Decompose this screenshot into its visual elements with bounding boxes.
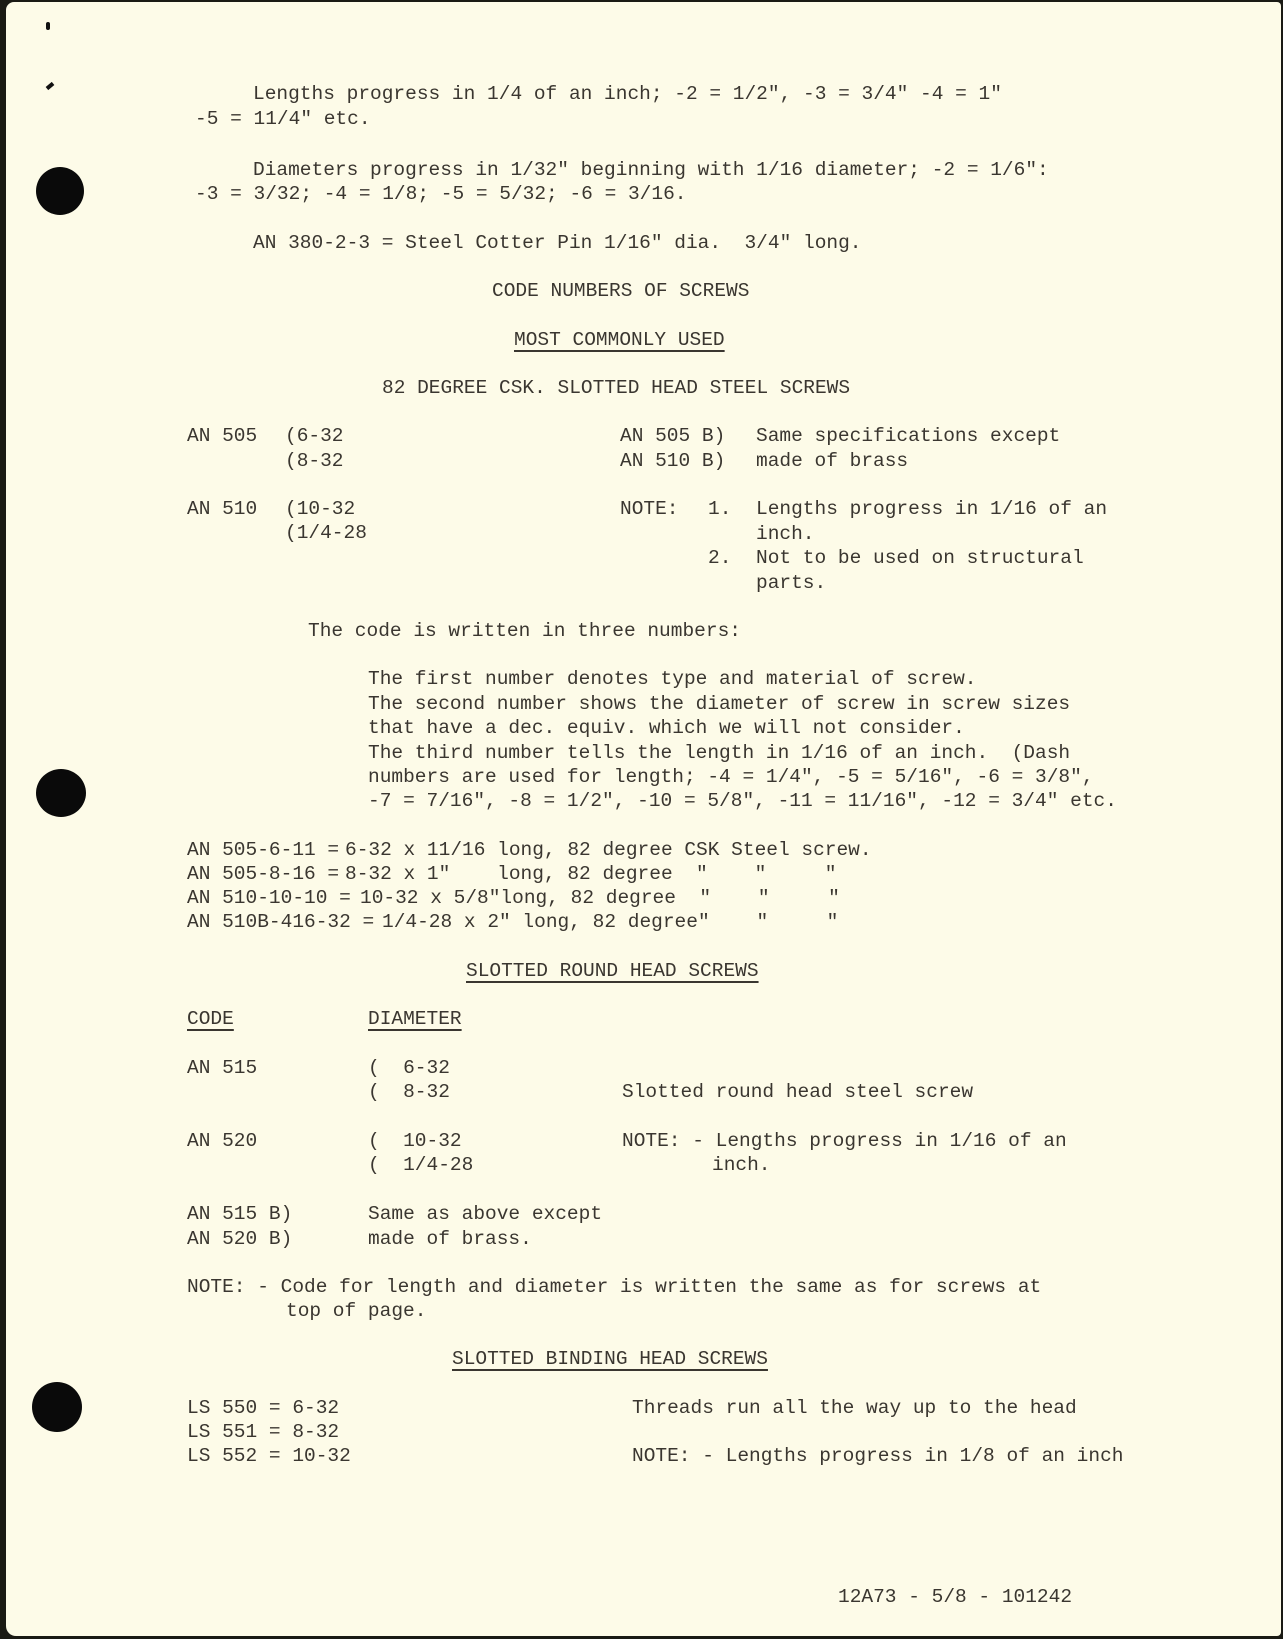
note-num: 1.: [708, 500, 731, 520]
size: (1/4-28: [285, 524, 367, 544]
binder-hole: [36, 769, 86, 817]
code-intro: The code is written in three numbers:: [308, 622, 741, 642]
example-desc: 10-32 x 5/8"long, 82 degree " " ": [360, 889, 840, 909]
diameters-progress-line1: Diameters progress in 1/32" beginning wi…: [253, 161, 1049, 181]
page-subtitle: MOST COMMONLY USED: [514, 331, 725, 351]
binding-description: Threads run all the way up to the head: [632, 1399, 1077, 1419]
general-note: top of page.: [286, 1302, 426, 1322]
code-an505: AN 505: [187, 427, 257, 447]
binder-hole: [36, 167, 84, 215]
round-size: ( 6-32: [368, 1059, 450, 1079]
example-desc: 8-32 x 1" long, 82 degree " " ": [345, 865, 836, 885]
diameters-progress-line2: -3 = 3/32; -4 = 1/8; -5 = 5/32; -6 = 3/1…: [195, 185, 686, 205]
round-code: AN 520: [187, 1132, 257, 1152]
example-desc: 1/4-28 x 2" long, 82 degree" " ": [382, 913, 838, 933]
round-size: ( 10-32: [368, 1132, 462, 1152]
size: (8-32: [285, 452, 344, 472]
example-code: AN 505-6-11 =: [187, 841, 339, 861]
size: (6-32: [285, 427, 344, 447]
binding-section-heading: SLOTTED BINDING HEAD SCREWS: [452, 1350, 768, 1370]
example-desc: 6-32 x 11/16 long, 82 degree CSK Steel s…: [345, 841, 872, 861]
size: (10-32: [285, 500, 355, 520]
brass-text: made of brass: [756, 452, 908, 472]
binding-row: LS 552 = 10-32: [187, 1447, 351, 1467]
code-explanation-line: numbers are used for length; -4 = 1/4", …: [368, 768, 1094, 788]
round-note: inch.: [712, 1156, 771, 1176]
example-code: AN 510-10-10 =: [187, 889, 351, 909]
document-page: Lengths progress in 1/4 of an inch; -2 =…: [6, 2, 1281, 1636]
example-code: AN 505-8-16 =: [187, 865, 339, 885]
note-text: Not to be used on structural: [756, 549, 1084, 569]
binding-row: LS 551 = 8-32: [187, 1423, 339, 1443]
column-header-diameter: DIAMETER: [368, 1010, 462, 1030]
round-brass-code: AN 515 B): [187, 1205, 292, 1225]
round-description: Slotted round head steel screw: [622, 1083, 973, 1103]
round-code: AN 515: [187, 1059, 257, 1079]
round-brass-text: made of brass.: [368, 1230, 532, 1250]
example-code: AN 510B-416-32 =: [187, 913, 374, 933]
code-an510: AN 510: [187, 500, 257, 520]
note-text: Lengths progress in 1/16 of an: [756, 500, 1107, 520]
round-note: NOTE: - Lengths progress in 1/16 of an: [622, 1132, 1067, 1152]
binding-row: LS 550 = 6-32: [187, 1399, 339, 1419]
brass-code: AN 505 B): [620, 427, 725, 447]
general-note: NOTE: - Code for length and diameter is …: [187, 1278, 1041, 1298]
note-num: 2.: [708, 549, 731, 569]
code-explanation-line: The first number denotes type and materi…: [368, 670, 977, 690]
ink-speck: [46, 22, 50, 30]
brass-text: Same specifications except: [756, 427, 1060, 447]
ink-speck: [46, 82, 55, 90]
code-explanation-line: -7 = 7/16", -8 = 1/2", -10 = 5/8", -11 =…: [368, 792, 1117, 812]
round-section-heading: SLOTTED ROUND HEAD SCREWS: [466, 962, 759, 982]
column-header-code: CODE: [187, 1010, 234, 1030]
round-size: ( 1/4-28: [368, 1156, 473, 1176]
code-explanation-line: The third number tells the length in 1/1…: [368, 744, 1070, 764]
note-text: inch.: [756, 525, 815, 545]
round-size: ( 8-32: [368, 1083, 450, 1103]
round-brass-code: AN 520 B): [187, 1230, 292, 1250]
lengths-progress-line1: Lengths progress in 1/4 of an inch; -2 =…: [253, 85, 1002, 105]
note-text: parts.: [756, 574, 826, 594]
lengths-progress-line2: -5 = 11/4" etc.: [195, 110, 371, 130]
page-title: CODE NUMBERS OF SCREWS: [492, 282, 749, 302]
code-explanation-line: The second number shows the diameter of …: [368, 695, 1070, 715]
csk-section-heading: 82 DEGREE CSK. SLOTTED HEAD STEEL SCREWS: [382, 379, 850, 399]
round-brass-text: Same as above except: [368, 1205, 602, 1225]
code-explanation-line: that have a dec. equiv. which we will no…: [368, 719, 965, 739]
binder-hole: [32, 1382, 82, 1432]
brass-code: AN 510 B): [620, 452, 725, 472]
binding-note: NOTE: - Lengths progress in 1/8 of an in…: [632, 1447, 1123, 1467]
note-label: NOTE:: [620, 500, 679, 520]
footer-reference: 12A73 - 5/8 - 101242: [838, 1588, 1072, 1608]
cotter-pin-example: AN 380-2-3 = Steel Cotter Pin 1/16" dia.…: [253, 234, 862, 254]
